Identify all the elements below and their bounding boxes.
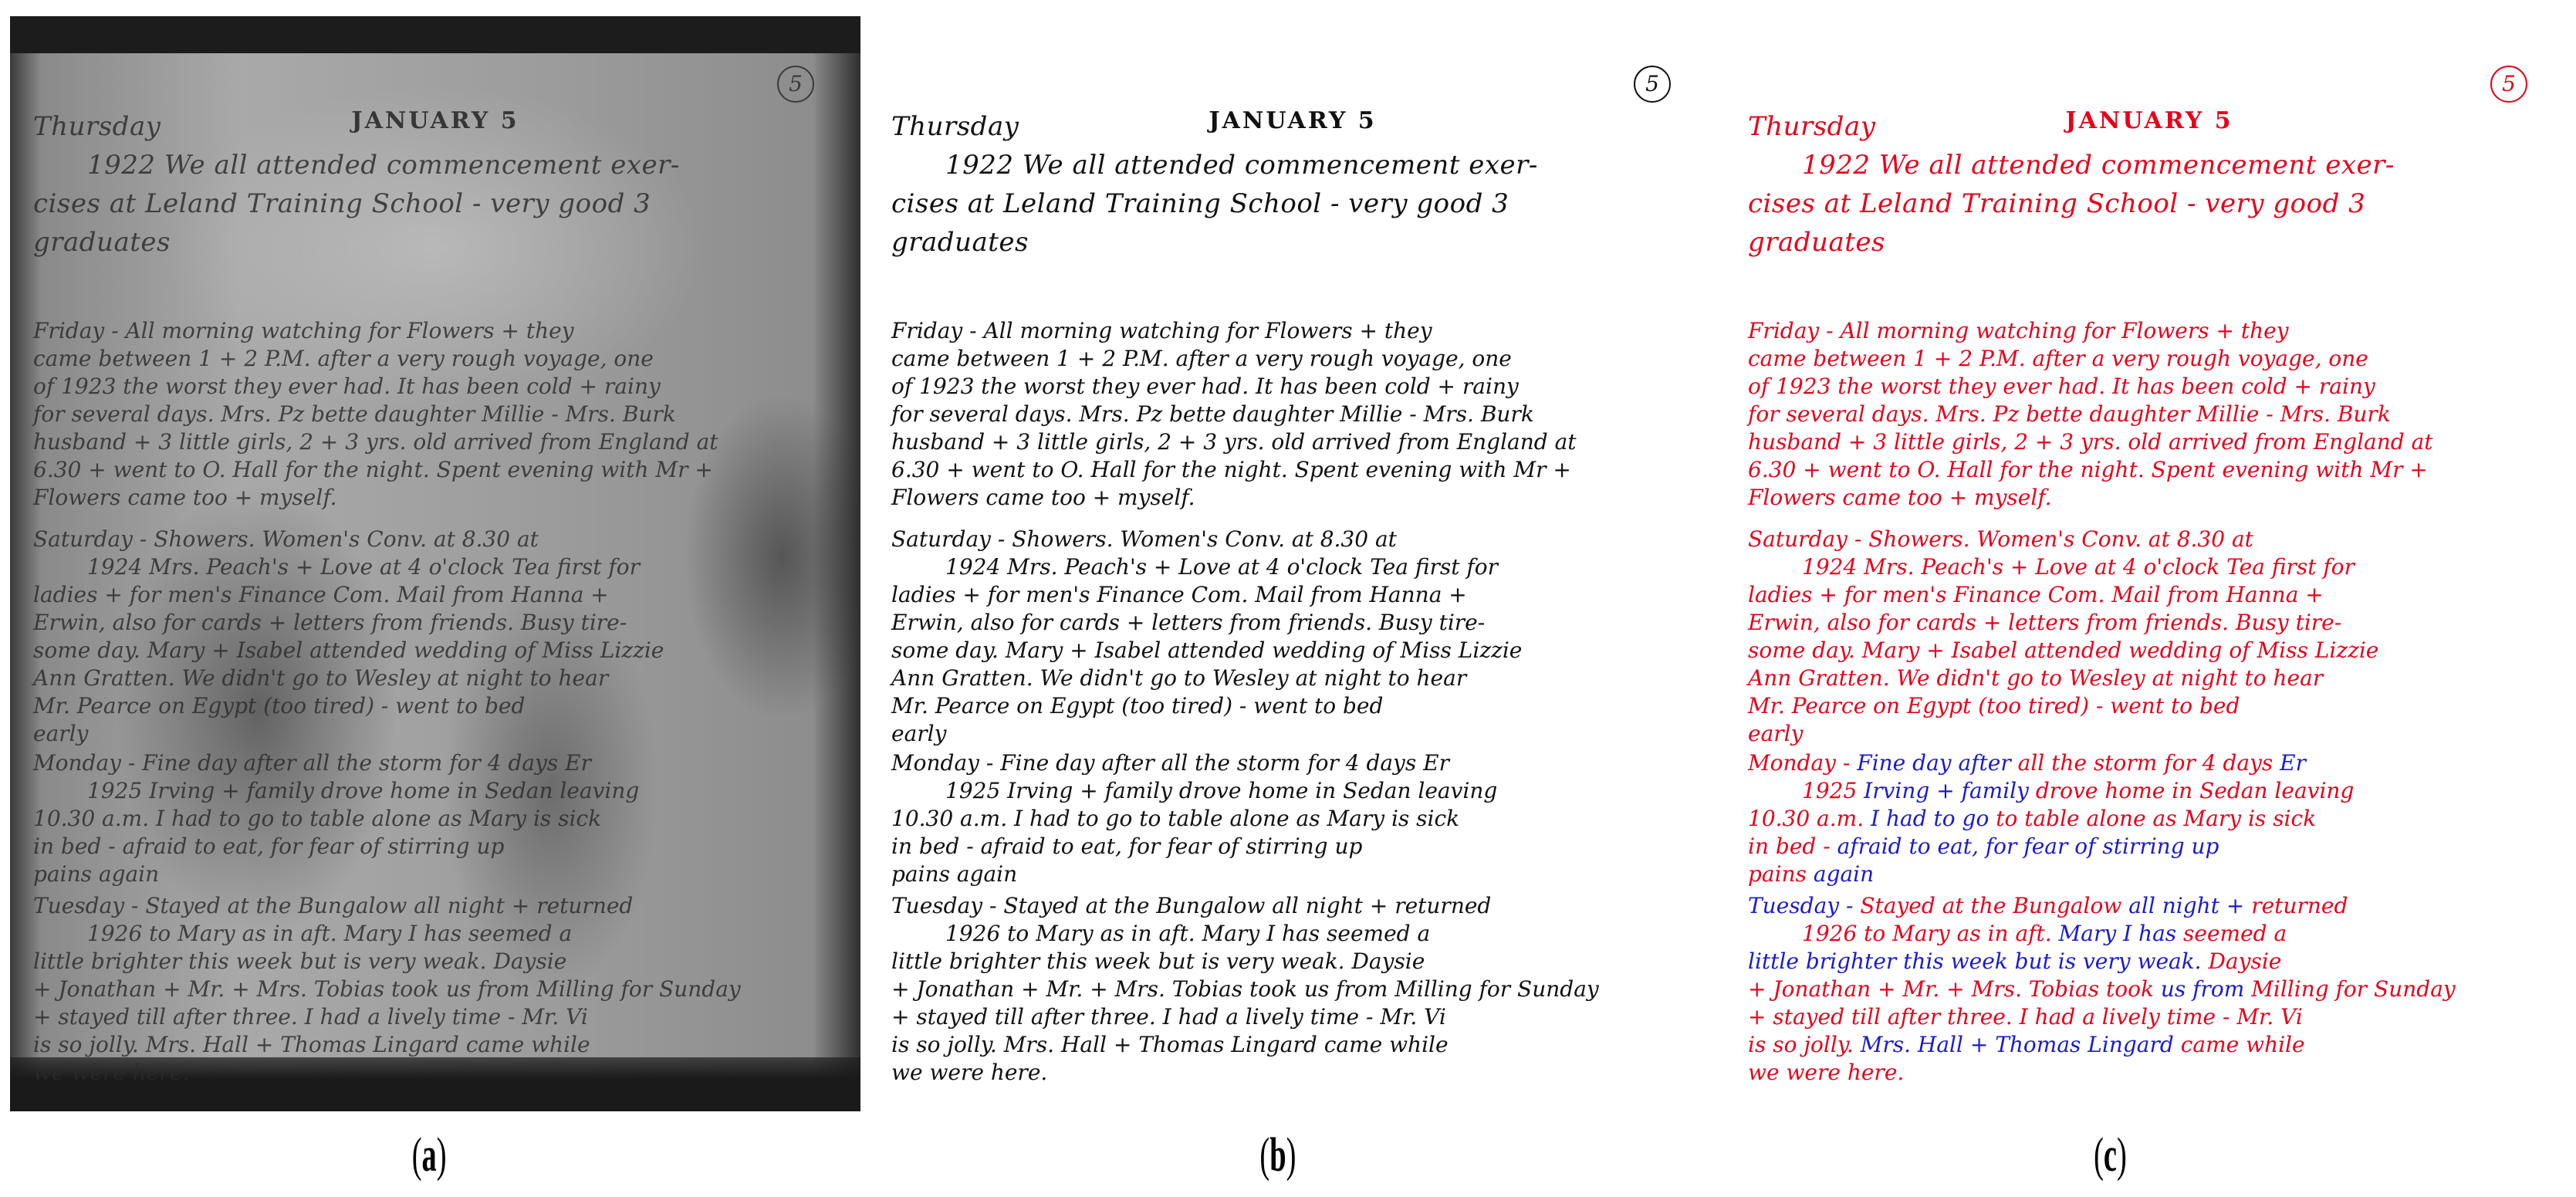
entry-line: Monday - Fine day after all the storm fo…	[891, 749, 1702, 777]
entry-line: 1922 We all attended commencement exer-	[1748, 146, 2558, 184]
diary-page-original: 5 JANUARY 5 Thursday 1922 We all attende…	[10, 16, 860, 1111]
entry-line: in bed - afraid to eat, for fear of stir…	[1748, 833, 2558, 861]
entry-friday: Friday - All morning watching for Flower…	[33, 317, 845, 512]
entry-line: graduates	[891, 223, 1702, 262]
entry-line: we were here.	[1748, 1059, 2558, 1087]
entry-line: Erwin, also for cards + letters from fri…	[891, 609, 1702, 637]
text-segment: came while	[2181, 1032, 2305, 1057]
text-segment: Daysie	[2208, 948, 2281, 974]
entry-tuesday-segmented: Tuesday - Stayed at the Bungalow all nig…	[1748, 892, 2558, 1087]
entry-line: early	[33, 720, 845, 748]
entry-line: 1925 Irving + family drove home in Sedan…	[33, 777, 845, 805]
entry-line: Mr. Pearce on Egypt (too tired) - went t…	[1748, 692, 2558, 720]
text-segment: drove home in Sedan leaving	[2036, 778, 2355, 803]
entry-saturday: Saturday - Showers. Women's Conv. at 8.3…	[33, 526, 845, 748]
entry-line: Saturday - Showers. Women's Conv. at 8.3…	[891, 526, 1702, 553]
entry-line: Thursday	[33, 107, 845, 146]
entry-line: is so jolly. Mrs. Hall + Thomas Lingard …	[1748, 1031, 2558, 1059]
entry-line: for several days. Mrs. Pz bette daughter…	[1748, 401, 2558, 428]
entry-line: some day. Mary + Isabel attended wedding…	[1748, 637, 2558, 664]
text-segment: Er	[2273, 750, 2306, 776]
entry-line: we were here.	[891, 1059, 1702, 1087]
text-segment: Mrs. Hall + Thomas Lingard	[1861, 1032, 2181, 1057]
entry-line: Ann Gratten. We didn't go to Wesley at n…	[33, 664, 845, 692]
text-segment: + Jonathan + Mr. + Mrs. Tobias took	[1748, 976, 2161, 1002]
entry-line: little brighter this week but is very we…	[1748, 948, 2558, 976]
entry-friday: Friday - All morning watching for Flower…	[1748, 317, 2558, 512]
entry-line: pains again	[33, 861, 845, 888]
entry-line: cises at Leland Training School - very g…	[33, 184, 845, 223]
entry-line: Friday - All morning watching for Flower…	[1748, 317, 2558, 345]
entry-line: 1922 We all attended commencement exer-	[891, 146, 1702, 184]
entry-line: is so jolly. Mrs. Hall + Thomas Lingard …	[891, 1031, 1702, 1059]
text-segment: 1926 to Mary as in aft.	[1802, 921, 2059, 946]
entry-line: 1926 to Mary as in aft. Mary I has seeme…	[1748, 920, 2558, 948]
entry-line: came between 1 + 2 P.M. after a very rou…	[33, 345, 845, 373]
entry-line: Flowers came too + myself.	[33, 484, 845, 512]
entry-thursday: Thursday 1922 We all attended commenceme…	[891, 107, 1702, 262]
entry-line: Monday - Fine day after all the storm fo…	[33, 749, 845, 777]
text-segment: us from	[2161, 976, 2251, 1002]
entry-line: came between 1 + 2 P.M. after a very rou…	[891, 345, 1702, 373]
page-number-circle: 5	[1634, 66, 1671, 103]
text-segment: we were here.	[1748, 1060, 1904, 1085]
text-segment: little brighter this week but is very we…	[1748, 948, 2208, 974]
text-segment: returned	[2251, 893, 2348, 918]
entry-line: husband + 3 little girls, 2 + 3 yrs. old…	[33, 428, 845, 456]
entry-line: of 1923 the worst they ever had. It has …	[33, 373, 845, 401]
entry-line: Tuesday - Stayed at the Bungalow all nig…	[891, 892, 1702, 920]
entry-line: cises at Leland Training School - very g…	[1748, 184, 2558, 223]
entry-line: 1925 Irving + family drove home in Sedan…	[891, 777, 1702, 805]
entry-monday: Monday - Fine day after all the storm fo…	[33, 749, 845, 888]
entry-line: + stayed till after three. I had a livel…	[891, 1003, 1702, 1031]
text-segment: is so jolly.	[1748, 1032, 1861, 1057]
entry-line: in bed - afraid to eat, for fear of stir…	[891, 833, 1702, 861]
entry-tuesday: Tuesday - Stayed at the Bungalow all nig…	[891, 892, 1702, 1087]
entry-line: in bed - afraid to eat, for fear of stir…	[33, 833, 845, 861]
entry-line: + Jonathan + Mr. + Mrs. Tobias took us f…	[1748, 976, 2558, 1003]
entry-line: for several days. Mrs. Pz bette daughter…	[891, 401, 1702, 428]
entry-line: Flowers came too + myself.	[1748, 484, 2558, 512]
entry-line: of 1923 the worst they ever had. It has …	[1748, 373, 2558, 401]
entry-line: 1922 We all attended commencement exer-	[33, 146, 845, 184]
entry-line: little brighter this week but is very we…	[33, 948, 845, 976]
entry-line: 10.30 a.m. I had to go to table alone as…	[1748, 805, 2558, 833]
entry-line: pains again	[891, 861, 1702, 888]
text-segment: afraid to eat, for fear of stirring up	[1837, 834, 2219, 859]
text-segment: 1925	[1802, 778, 1864, 803]
entry-saturday: Saturday - Showers. Women's Conv. at 8.3…	[891, 526, 1702, 748]
entry-line: Saturday - Showers. Women's Conv. at 8.3…	[1748, 526, 2558, 553]
entry-line: graduates	[1748, 223, 2558, 262]
entry-line: 1925 Irving + family drove home in Sedan…	[1748, 777, 2558, 805]
entry-monday: Monday - Fine day after all the storm fo…	[891, 749, 1702, 888]
subfigure-label-b: (b)	[1259, 1128, 1296, 1183]
entry-line: 6.30 + went to O. Hall for the night. Sp…	[891, 456, 1702, 484]
entry-line: 10.30 a.m. I had to go to table alone as…	[891, 805, 1702, 833]
entry-line: pains again	[1748, 861, 2558, 888]
entry-line: Friday - All morning watching for Flower…	[33, 317, 845, 345]
text-segment: Monday -	[1748, 750, 1857, 776]
segmented-diary-image-panel: 5 JANUARY 5 Thursday 1922 We all attende…	[1725, 16, 2574, 1111]
entry-line: of 1923 the worst they ever had. It has …	[891, 373, 1702, 401]
entry-monday-segmented: Monday - Fine day after all the storm fo…	[1748, 749, 2558, 888]
entry-tuesday: Tuesday - Stayed at the Bungalow all nig…	[33, 892, 845, 1087]
subfigure-label-a: (a)	[412, 1128, 447, 1183]
text-segment: I had to go	[1871, 806, 1996, 831]
text-segment: 10.30 a.m.	[1748, 806, 1871, 831]
entry-line: 6.30 + went to O. Hall for the night. Sp…	[1748, 456, 2558, 484]
entry-line: ladies + for men's Finance Com. Mail fro…	[1748, 581, 2558, 609]
entry-line: + Jonathan + Mr. + Mrs. Tobias took us f…	[891, 976, 1702, 1003]
entry-line: + Jonathan + Mr. + Mrs. Tobias took us f…	[33, 976, 845, 1003]
entry-line: Thursday	[891, 107, 1702, 146]
entry-line: 1924 Mrs. Peach's + Love at 4 o'clock Te…	[1748, 553, 2558, 581]
entry-line: Friday - All morning watching for Flower…	[891, 317, 1702, 345]
text-segment: Tuesday -	[1748, 893, 1860, 918]
entry-line: little brighter this week but is very we…	[891, 948, 1702, 976]
text-segment: all the storm for 4 days	[2018, 750, 2273, 776]
text-segment: to table alone as Mary is sick	[1996, 806, 2316, 831]
entry-line: is so jolly. Mrs. Hall + Thomas Lingard …	[33, 1031, 845, 1059]
entry-line: 1926 to Mary as in aft. Mary I has seeme…	[891, 920, 1702, 948]
entry-thursday: Thursday 1922 We all attended commenceme…	[1748, 107, 2558, 262]
entry-line: Monday - Fine day after all the storm fo…	[1748, 749, 2558, 777]
entry-line: + stayed till after three. I had a livel…	[33, 1003, 845, 1031]
entry-line: ladies + for men's Finance Com. Mail fro…	[891, 581, 1702, 609]
entry-line: 10.30 a.m. I had to go to table alone as…	[33, 805, 845, 833]
entry-line: Tuesday - Stayed at the Bungalow all nig…	[33, 892, 845, 920]
entry-line: Mr. Pearce on Egypt (too tired) - went t…	[33, 692, 845, 720]
entry-line: Thursday	[1748, 107, 2558, 146]
entry-friday: Friday - All morning watching for Flower…	[891, 317, 1702, 512]
entry-line: 1924 Mrs. Peach's + Love at 4 o'clock Te…	[891, 553, 1702, 581]
entry-line: husband + 3 little girls, 2 + 3 yrs. old…	[1748, 428, 2558, 456]
entry-line: Flowers came too + myself.	[891, 484, 1702, 512]
text-segment: Mary I has	[2059, 921, 2183, 946]
entry-line: Ann Gratten. We didn't go to Wesley at n…	[891, 664, 1702, 692]
entry-thursday: Thursday 1922 We all attended commenceme…	[33, 107, 845, 262]
entry-line: Erwin, also for cards + letters from fri…	[1748, 609, 2558, 637]
entry-line: 1924 Mrs. Peach's + Love at 4 o'clock Te…	[33, 553, 845, 581]
entry-line: early	[891, 720, 1702, 748]
entry-line: Tuesday - Stayed at the Bungalow all nig…	[1748, 892, 2558, 920]
entry-line: Saturday - Showers. Women's Conv. at 8.3…	[33, 526, 845, 553]
diary-page-segmented: 5 JANUARY 5 Thursday 1922 We all attende…	[1725, 16, 2574, 1111]
entry-saturday: Saturday - Showers. Women's Conv. at 8.3…	[1748, 526, 2558, 748]
text-segment: again	[1814, 861, 1874, 887]
text-segment: pains	[1748, 861, 1814, 887]
page-number-circle: 5	[777, 66, 814, 103]
entry-line: some day. Mary + Isabel attended wedding…	[891, 637, 1702, 664]
text-segment: + stayed till after three. I had a livel…	[1748, 1004, 2303, 1030]
text-segment: all night +	[2128, 893, 2251, 918]
original-diary-image-panel: 5 JANUARY 5 Thursday 1922 We all attende…	[10, 16, 860, 1111]
text-segment: Stayed at the Bungalow	[1860, 893, 2128, 918]
entry-line: for several days. Mrs. Pz bette daughter…	[33, 401, 845, 428]
entry-line: 1926 to Mary as in aft. Mary I has seeme…	[33, 920, 845, 948]
text-segment: Irving + family	[1864, 778, 2036, 803]
entry-line: some day. Mary + Isabel attended wedding…	[33, 637, 845, 664]
text-segment: Fine day after	[1857, 750, 2017, 776]
text-segment: in bed -	[1748, 834, 1837, 859]
page-number-circle: 5	[2490, 66, 2527, 103]
entry-line: Ann Gratten. We didn't go to Wesley at n…	[1748, 664, 2558, 692]
entry-line: + stayed till after three. I had a livel…	[1748, 1003, 2558, 1031]
subfigure-label-c: (c)	[2094, 1128, 2127, 1183]
binarized-diary-image-panel: 5 JANUARY 5 Thursday 1922 We all attende…	[868, 16, 1717, 1111]
entry-line: graduates	[33, 223, 845, 262]
entry-line: 6.30 + went to O. Hall for the night. Sp…	[33, 456, 845, 484]
entry-line: Erwin, also for cards + letters from fri…	[33, 609, 845, 637]
text-segment: seemed a	[2183, 921, 2287, 946]
entry-line: ladies + for men's Finance Com. Mail fro…	[33, 581, 845, 609]
entry-line: came between 1 + 2 P.M. after a very rou…	[1748, 345, 2558, 373]
entry-line: Mr. Pearce on Egypt (too tired) - went t…	[891, 692, 1702, 720]
entry-line: we were here.	[33, 1059, 845, 1087]
entry-line: cises at Leland Training School - very g…	[891, 184, 1702, 223]
entry-line: early	[1748, 720, 2558, 748]
diary-page-binarized: 5 JANUARY 5 Thursday 1922 We all attende…	[868, 16, 1717, 1111]
entry-line: husband + 3 little girls, 2 + 3 yrs. old…	[891, 428, 1702, 456]
text-segment: Milling for Sunday	[2251, 976, 2456, 1002]
